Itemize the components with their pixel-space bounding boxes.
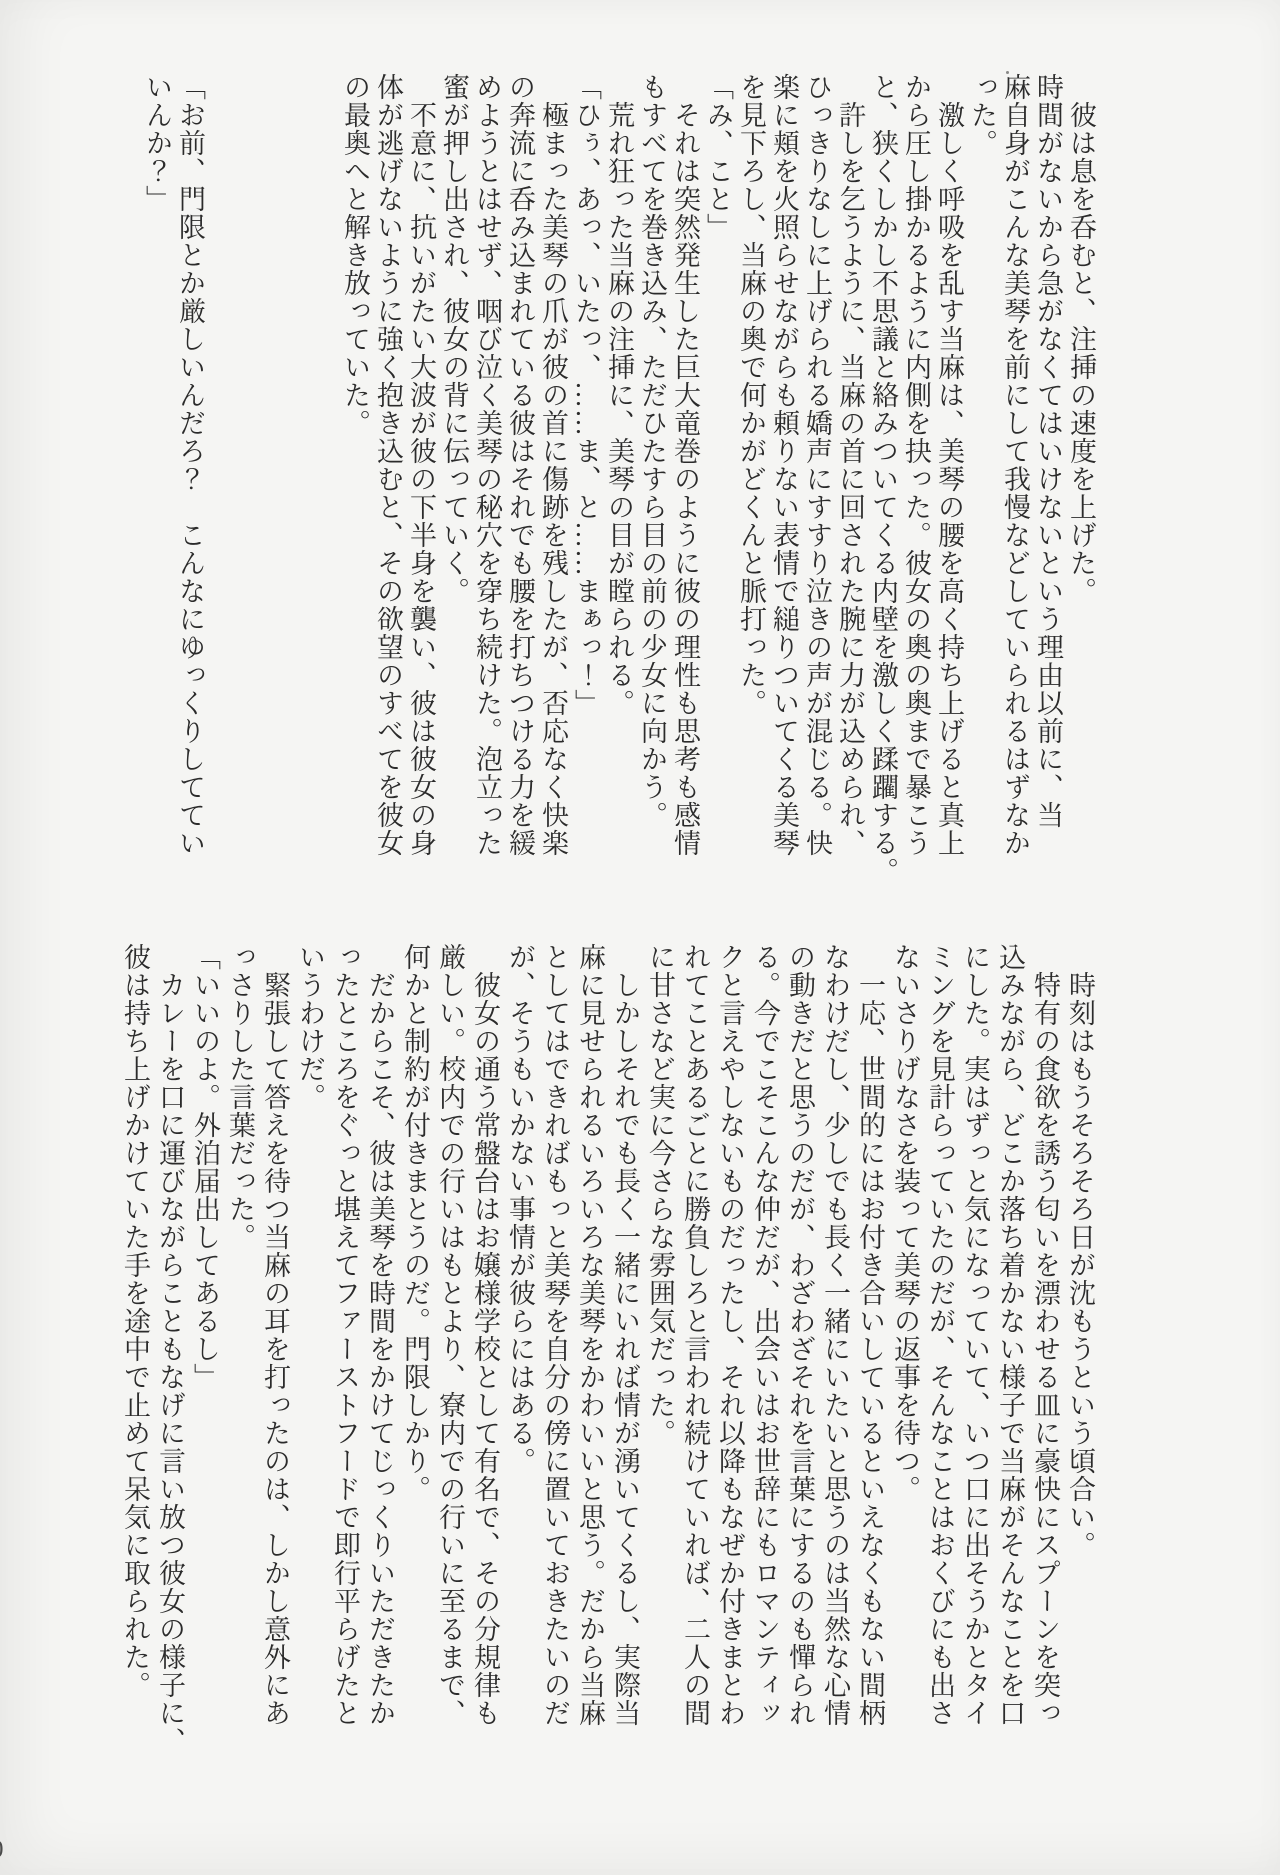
text-column: 緊張して答えを待つ当麻の耳を打ったのは、しかし意外にあ — [257, 943, 292, 1791]
text-column: っさりした言葉だった。 — [222, 943, 257, 1791]
text-column: 麻に見せられるいろいろな美琴をかわいいと思う。だから当麻 — [572, 943, 607, 1791]
scan-speck — [1006, 71, 1009, 74]
text-column: 時刻はもうそろそろ日が沈もうという頃合い。 — [1062, 943, 1097, 1791]
text-column: 楽に頬を火照らせながらも頼りない表情で縋りついてくる美琴 — [767, 73, 800, 921]
scanned-novel-page: 彼は息を呑むと、注挿の速度を上げた。時間がないから急がなくてはいけないという理由… — [0, 0, 1280, 1875]
text-column: 「いいのよ。外泊届出してあるし」 — [187, 943, 222, 1791]
text-column: 麻自身がこんな美琴を前にして我慢などしていられるはずなか — [998, 73, 1031, 921]
text-column: なわけだし、少しでも長く一緒にいたいと思うのは当然な心情 — [817, 943, 852, 1791]
text-column: 「ひぅ、あっ、いたっ、……ま、と……まぁっ！」 — [569, 73, 602, 921]
text-column: が、そうもいかない事情が彼らにはある。 — [502, 943, 537, 1791]
text-column: しかしそれでも長く一緒にいれば情が湧いてくるし、実際当 — [607, 943, 642, 1791]
text-column: クと言えやしないものだったし、それ以降もなぜか付きまとわ — [712, 943, 747, 1791]
text-column: った。 — [965, 73, 998, 921]
text-column: にした。実はずっと気になっていて、いつ口に出そうかとタイ — [957, 943, 992, 1791]
text-column: いうわけだ。 — [292, 943, 327, 1791]
text-column: 厳しい。校内での行いはもとより、寮内での行いに至るまで、 — [432, 943, 467, 1791]
text-column: 蜜が押し出され、彼女の背に伝っていく。 — [437, 73, 470, 921]
page-edge-artifact: 0 — [0, 1836, 4, 1864]
text-column: と、狭くしかし不思議と絡みついてくる内壁を激しく蹂躙する。 — [866, 73, 899, 921]
text-column: ったところをぐっと堪えてファーストフードで即行平らげたと — [327, 943, 362, 1791]
text-column: 何かと制約が付きまとうのだ。門限しかり。 — [397, 943, 432, 1791]
text-column: に甘さなど実に今さらな雰囲気だった。 — [642, 943, 677, 1791]
text-column: 荒れ狂った当麻の注挿に、美琴の目が瞠られる。 — [602, 73, 635, 921]
text-column: る。今でこそこんな仲だが、出会いはお世辞にもロマンティッ — [747, 943, 782, 1791]
text-band-bottom: 時刻はもうそろそろ日が沈もうという頃合い。 特有の食欲を誘う匂いを漂わせる皿に豪… — [117, 943, 1097, 1791]
text-column: いんか？」 — [140, 73, 173, 921]
text-column: 一応、世間的にはお付き合いしているといえなくもない間柄 — [852, 943, 887, 1791]
text-column: 許しを乞うように、当麻の首に回された腕に力が込められ、 — [833, 73, 866, 921]
text-column: 彼は持ち上げかけていた手を途中で止めて呆気に取られた。 — [117, 943, 152, 1791]
text-column: だからこそ、彼は美琴を時間をかけてじっくりいただきたか — [362, 943, 397, 1791]
text-column: もすべてを巻き込み、ただひたすら目の前の少女に向かう。 — [635, 73, 668, 921]
text-column: カレーを口に運びながらこともなげに言い放つ彼女の様子に、 — [152, 943, 187, 1791]
text-column: 体が逃げないように強く抱き込むと、その欲望のすべてを彼女 — [371, 73, 404, 921]
text-column: 彼は息を呑むと、注挿の速度を上げた。 — [1064, 73, 1097, 921]
text-column: 「み、こと」 — [701, 73, 734, 921]
text-column: 極まった美琴の爪が彼の首に傷跡を残したが、否応なく快楽 — [536, 73, 569, 921]
text-column: それは突然発生した巨大竜巻のように彼の理性も思考も感情 — [668, 73, 701, 921]
text-column: れてことあるごとに勝負しろと言われ続けていれば、二人の間 — [677, 943, 712, 1791]
text-column: の動きだと思うのだが、わざわざそれを言葉にするのも憚られ — [782, 943, 817, 1791]
text-column: ミングを見計らっていたのだが、そんなことはおくびにも出さ — [922, 943, 957, 1791]
text-band-top: 彼は息を呑むと、注挿の速度を上げた。時間がないから急がなくてはいけないという理由… — [140, 73, 1097, 921]
text-column: めようとはせず、咽び泣く美琴の秘穴を穿ち続けた。泡立った — [470, 73, 503, 921]
text-column: 激しく呼吸を乱す当麻は、美琴の腰を高く持ち上げると真上 — [932, 73, 965, 921]
text-column: 「お前、門限とか厳しいんだろ？ こんなにゆっくりしててい — [173, 73, 206, 921]
text-column: 彼女の通う常盤台はお嬢様学校として有名で、その分規律も — [467, 943, 502, 1791]
text-column: 特有の食欲を誘う匂いを漂わせる皿に豪快にスプーンを突っ — [1027, 943, 1062, 1791]
text-column: の最奥へと解き放っていた。 — [338, 73, 371, 921]
text-column: 時間がないから急がなくてはいけないという理由以前に、当 — [1031, 73, 1064, 921]
text-column: を見下ろし、当麻の奥で何かがどくんと脈打った。 — [734, 73, 767, 921]
text-column: の奔流に呑み込まれている彼はそれでも腰を打ちつける力を緩 — [503, 73, 536, 921]
text-column: 込みながら、どこか落ち着かない様子で当麻がそんなことを口 — [992, 943, 1027, 1791]
text-column: としてはできればもっと美琴を自分の傍に置いておきたいのだ — [537, 943, 572, 1791]
text-column: から圧し掛かるように内側を抉った。彼女の奥の奥まで暴こう — [899, 73, 932, 921]
text-column: 不意に、抗いがたい大波が彼の下半身を襲い、彼は彼女の身 — [404, 73, 437, 921]
text-column: ないさりげなさを装って美琴の返事を待つ。 — [887, 943, 922, 1791]
text-column: ひっきりなしに上げられる嬌声にすすり泣きの声が混じる。快 — [800, 73, 833, 921]
